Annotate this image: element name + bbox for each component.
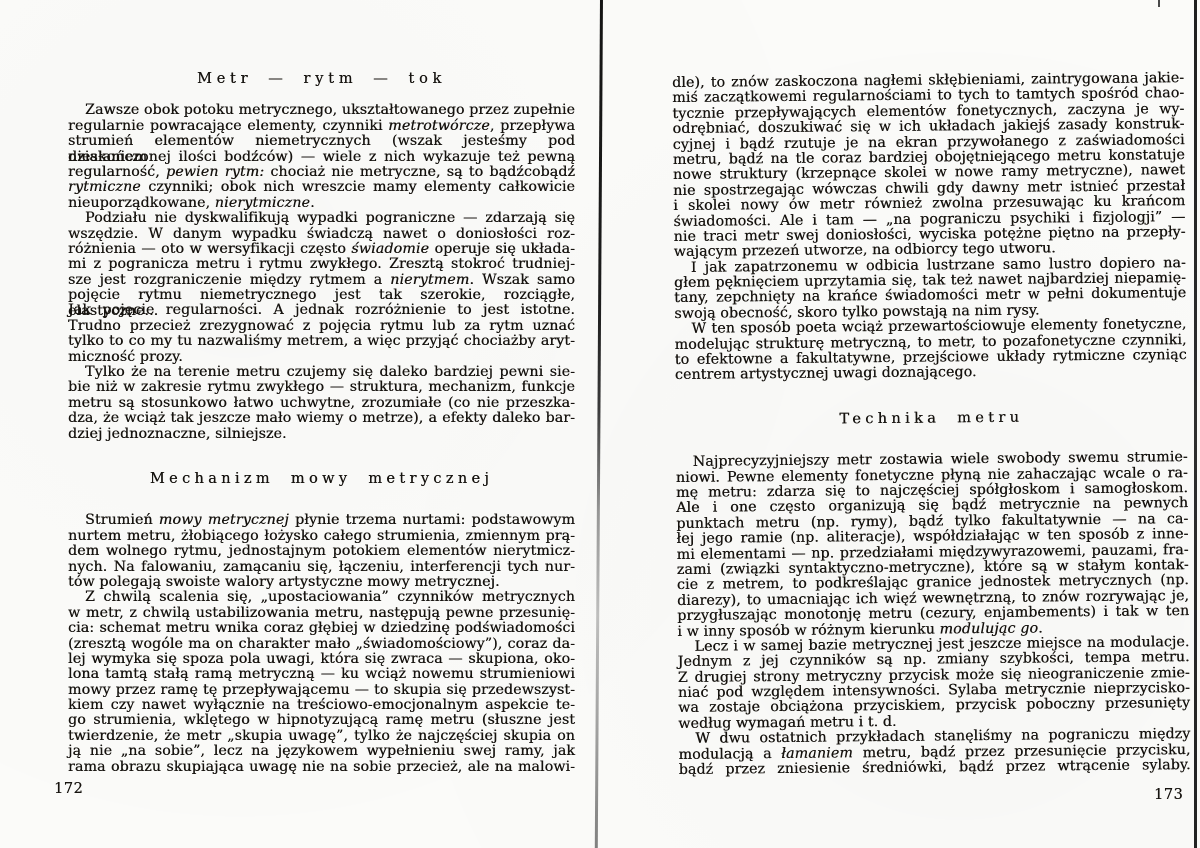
- paragraph: I jak zapatrzonemu w odbicia lustrzane s…: [674, 256, 1187, 322]
- text-line: nurtem metru, żłobiącego łożysko całego …: [68, 529, 575, 544]
- text-line: Jak pojęcie regularności. A jednak rozró…: [68, 303, 575, 318]
- text-line: nieuporządkowane, nierytmiczne.: [68, 196, 575, 211]
- text-line: sze jest rozgraniczenie między rytmem a …: [68, 273, 575, 288]
- text-line: rama obrazu skupiająca uwagę nie na sobi…: [68, 760, 575, 775]
- paragraph: dle), to znów zaskoczona nagłemi skłębie…: [672, 71, 1186, 261]
- section-heading: Technika metru: [675, 409, 1187, 429]
- text-line: bie niż w zakresie rytmu zwykłego — stru…: [68, 380, 575, 395]
- text-line: pojęcie rytmu niemetrycznego jest tak sz…: [68, 288, 575, 303]
- page-gutter-line: [595, 0, 603, 848]
- text-line: rytmiczne czynniki; obok nich wreszcie m…: [68, 180, 575, 195]
- paragraph: Lecz i w samej bazie metrycznej jest jes…: [677, 635, 1190, 732]
- text-line: centrem artystycznej uwagi doznającego.: [675, 363, 1187, 383]
- text-line: metru są stosunkowo łatwo uchwytne, zroz…: [68, 396, 575, 411]
- paragraph: Podziału nie dyskwalifikują wypadki pogr…: [68, 211, 575, 365]
- page-number-left: 172: [54, 781, 83, 797]
- text-line: regularność, pewien rytm: chociaż nie me…: [68, 165, 575, 180]
- scan-edge-line: [1194, 0, 1197, 848]
- scan-artifact-tick: [1158, 0, 1160, 7]
- paragraph: Z chwilą scalenia się, „upostaciowania” …: [68, 590, 575, 775]
- text-line: kiem czy nawet wyłącznie na treściowo-em…: [68, 698, 575, 713]
- text-line: w metr, z chwilą ustabilizowania metru, …: [68, 606, 575, 621]
- text-line: nych. Na falowaniu, zamącaniu się, łącze…: [68, 560, 575, 575]
- book-scan: Metr — rytm — tokZawsze obok potoku metr…: [0, 0, 1200, 848]
- text-line: dziej jednoznaczne, silniejsze.: [68, 427, 575, 442]
- paragraph: Najprecyzyjniejszy metr zostawia wiele s…: [676, 450, 1190, 640]
- text-line: Strumień mowy metrycznej płynie trzema n…: [68, 513, 575, 528]
- paragraph: W ten sposób poeta wciąż przewartościowu…: [674, 317, 1187, 383]
- text-line: mowy przez ramę tę przepływającemu — to …: [68, 683, 575, 698]
- paragraph: W dwu ostatnich przykładach stanęliśmy n…: [678, 727, 1190, 778]
- book-page-left: Metr — rytm — tokZawsze obok potoku metr…: [68, 72, 575, 775]
- text-line: Zawsze obok potoku metrycznego, ukształt…: [68, 103, 575, 118]
- text-line: nieskończonej ilości bodźców) — wiele z …: [68, 150, 575, 165]
- text-line: tów polegają swoiste walory artystyczne …: [68, 575, 575, 590]
- text-line: Trudno przecież zrezygnować z pojęcia ry…: [68, 319, 575, 334]
- paragraph: Strumień mowy metrycznej płynie trzema n…: [68, 513, 575, 590]
- text-line: twierdzenie, że metr „skupia uwagę”, tyl…: [68, 729, 575, 744]
- chapter-title: Metr — rytm — tok: [68, 72, 575, 87]
- book-page-right: dle), to znów zaskoczona nagłemi skłębie…: [672, 71, 1191, 778]
- text-line: ją nie „na sobie”, lecz na językowem wyp…: [68, 744, 575, 759]
- section-heading: Mechanizm mowy metrycznej: [68, 472, 575, 487]
- text-line: wszędzie. W danym wypadku świadczą nawet…: [68, 227, 575, 242]
- page-number-right: 173: [1154, 787, 1183, 803]
- text-line: bądź przez zniesienie średniówki, bądź p…: [679, 758, 1191, 778]
- text-line: Podziału nie dyskwalifikują wypadki pogr…: [68, 211, 575, 226]
- text-line: (zresztą wogóle ma on charakter mało „św…: [68, 637, 575, 652]
- text-line: Z chwilą scalenia się, „upostaciowania” …: [68, 590, 575, 605]
- text-line: różnienia — oto w wersyfikacji często św…: [68, 242, 575, 257]
- text-line: miczność prozy.: [68, 350, 575, 365]
- text-line: lej wymyka się spoza pola uwagi, która s…: [68, 652, 575, 667]
- text-line: tylko to co my tu nazwaliśmy metrem, a w…: [68, 334, 575, 349]
- text-line: Tylko że na terenie metru czujemy się da…: [68, 365, 575, 380]
- text-line: mi z pogranicza metru i rytmu zwykłego. …: [68, 257, 575, 272]
- text-line: cia: schemat metru wnika coraz głębiej w…: [68, 621, 575, 636]
- paragraph: Tylko że na terenie metru czujemy się da…: [68, 365, 575, 442]
- text-line: dza, że wciąż tak jeszcze mało wiemy o m…: [68, 411, 575, 426]
- text-line: dem wolnego rytmu, jednostajnym potokiem…: [68, 544, 575, 559]
- text-line: regularnie powracające elementy, czynnik…: [68, 119, 575, 134]
- text-line: go strumienia, wklętego w hipnotyzującą …: [68, 713, 575, 728]
- paragraph: Zawsze obok potoku metrycznego, ukształt…: [68, 103, 575, 211]
- text-line: strumień elementów niemetrycznych (wszak…: [68, 134, 575, 149]
- text-line: lona tamtą stałą ramą metryczną — ku wci…: [68, 667, 575, 682]
